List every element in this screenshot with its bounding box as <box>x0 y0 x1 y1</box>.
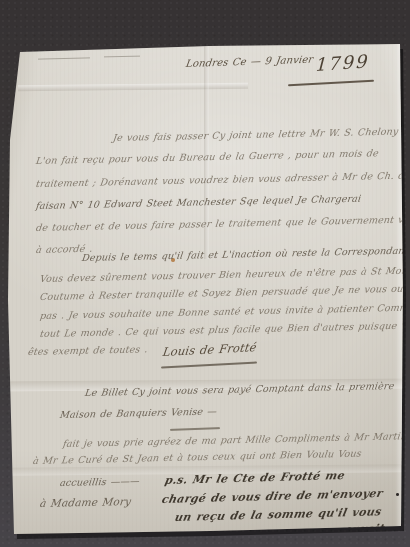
dateline-year: 1799 <box>315 51 370 76</box>
recipient-address: à Madame Mory <box>39 496 132 510</box>
ink-spot <box>396 493 399 496</box>
letter-line: accueillis ——— <box>59 476 140 489</box>
letter-sheet: Londres Ce — 9 Janvier 1799 Je vous fais… <box>0 0 410 547</box>
